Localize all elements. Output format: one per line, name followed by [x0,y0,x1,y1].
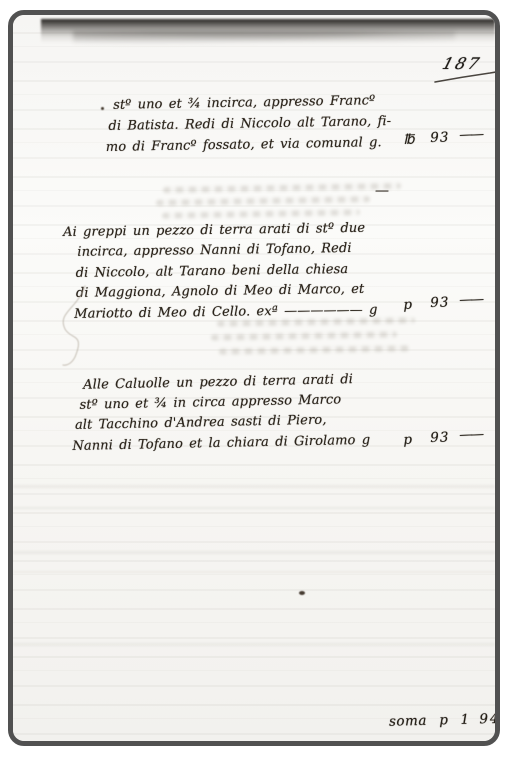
sum-line: soma p 1 94 — [389,710,500,729]
sum-label: soma [389,713,427,730]
ink-fleck [299,591,305,595]
currency-symbol: ℔ [403,132,415,148]
amount-value: 93 [430,429,450,446]
manuscript-page: 187 stº uno et ¾ incirca, appresso Franc… [13,15,495,741]
ink-dot [101,107,104,110]
amount-value: 93 [430,294,450,311]
sum-value: 1 94 [460,711,500,728]
folio-underline-mark [432,69,500,85]
currency-symbol: p [439,712,448,728]
amount-value: 93 [430,129,450,146]
scan-streak-band [13,571,495,573]
scan-streak-band [13,485,495,488]
scanner-frame: 187 stº uno et ¾ incirca, appresso Franc… [8,10,500,746]
scan-streak-band [13,551,495,554]
amount-dash: —— [459,126,483,143]
margin-squiggle-mark [45,283,91,371]
currency-symbol: p [403,432,412,448]
amount-dash: —— [459,426,483,443]
scan-streak-band [13,643,495,646]
amount-dash: —— [459,291,483,308]
scan-streak-band [13,507,495,509]
currency-symbol: p [403,297,412,313]
